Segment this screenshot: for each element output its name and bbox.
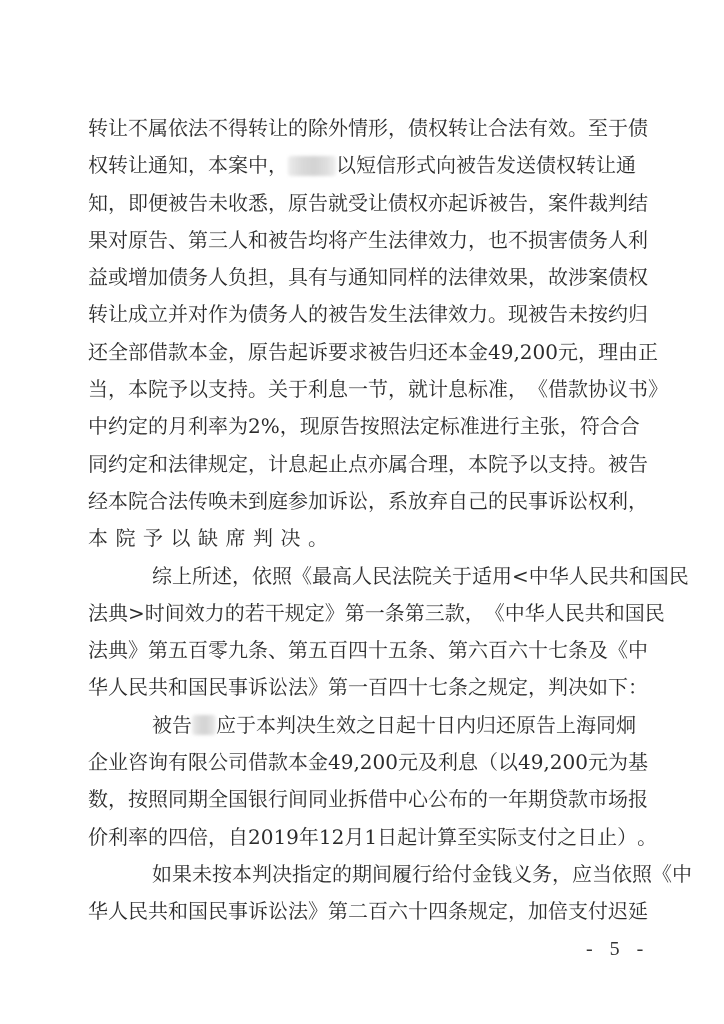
text-char: 不 bbox=[208, 110, 228, 147]
text-char: 事 bbox=[228, 669, 248, 706]
text-char: 共 bbox=[585, 595, 605, 632]
text-char: 本 bbox=[288, 744, 308, 781]
text-char: 得 bbox=[228, 110, 248, 147]
text-char: 标 bbox=[468, 371, 488, 408]
text-line: 经本院合法传唤未到庭参加诉讼，系放弃自己的民事诉讼权利， bbox=[88, 483, 636, 520]
text-char: 讼 bbox=[268, 669, 288, 706]
text-char: 力 bbox=[468, 296, 488, 333]
text-char: ： bbox=[628, 669, 648, 706]
text-char: 咨 bbox=[128, 744, 148, 781]
text-char: 中 bbox=[529, 558, 549, 595]
text-char: 当 bbox=[88, 371, 108, 408]
text-char: 金 bbox=[472, 856, 492, 893]
text-char: 三 bbox=[425, 595, 445, 632]
text-line: 转让成立并对作为债务人的被告发生法律效力。现被告未按约归 bbox=[88, 296, 636, 333]
text-char: 款 bbox=[445, 595, 465, 632]
text-char: 立 bbox=[148, 296, 168, 333]
text-char: 倍 bbox=[188, 819, 208, 856]
text-char: 息 bbox=[458, 744, 478, 781]
text-char: 钱 bbox=[492, 856, 512, 893]
text-char: 现 bbox=[508, 296, 528, 333]
text-char: ， bbox=[108, 781, 128, 818]
text-char: 外 bbox=[328, 110, 348, 147]
text-char: 的 bbox=[148, 408, 168, 445]
text-char: 告 bbox=[188, 185, 208, 222]
text-char: 点 bbox=[348, 446, 368, 483]
text-char: 上 bbox=[172, 558, 192, 595]
text-char: 不 bbox=[508, 222, 528, 259]
text-char: 张 bbox=[540, 408, 560, 445]
text-char: 效 bbox=[428, 222, 448, 259]
text-char: 由 bbox=[618, 334, 638, 371]
text-char: 数 bbox=[88, 781, 108, 818]
text-char: > bbox=[128, 595, 145, 632]
text-char: 高 bbox=[332, 558, 352, 595]
text-char: 便 bbox=[148, 185, 168, 222]
text-char: 华 bbox=[549, 558, 569, 595]
text-char: 果 bbox=[88, 222, 108, 259]
text-char: 准 bbox=[488, 371, 508, 408]
text-char: 让 bbox=[468, 110, 488, 147]
text-char: 四 bbox=[168, 819, 188, 856]
text-char: 经 bbox=[88, 483, 108, 520]
text-char: 定 bbox=[312, 856, 332, 893]
text-char: 告 bbox=[268, 334, 288, 371]
text-char: 拆 bbox=[348, 781, 368, 818]
text-char: 未 bbox=[192, 856, 212, 893]
text-char: 益 bbox=[88, 259, 108, 296]
text-char: 12 bbox=[319, 819, 344, 856]
text-char: 法 bbox=[88, 595, 108, 632]
text-char: ， bbox=[528, 259, 548, 296]
text-char: 49,200 bbox=[488, 334, 558, 371]
text-char: 情 bbox=[348, 110, 368, 147]
text-char: 利 bbox=[308, 371, 328, 408]
text-char: 定 bbox=[128, 408, 148, 445]
text-char: 被 bbox=[368, 334, 388, 371]
text-char: 条 bbox=[408, 632, 428, 669]
text-char: 第 bbox=[345, 595, 365, 632]
text-char: 节 bbox=[368, 371, 388, 408]
text-char: 权 bbox=[428, 110, 448, 147]
text-char: 人 bbox=[545, 595, 565, 632]
text-char: 人 bbox=[108, 669, 128, 706]
text-char: 律 bbox=[408, 222, 428, 259]
text-char: 最 bbox=[312, 558, 332, 595]
text-char: 及 bbox=[418, 744, 438, 781]
text-char: 第 bbox=[448, 632, 468, 669]
text-char: 五 bbox=[308, 632, 328, 669]
text-char: 作 bbox=[208, 296, 228, 333]
text-char: 际 bbox=[497, 819, 517, 856]
text-char: 履 bbox=[392, 856, 412, 893]
text-char: 用 bbox=[492, 558, 512, 595]
text-segment: 权转让通知，本案中， bbox=[88, 147, 288, 184]
text-char: 有 bbox=[528, 110, 548, 147]
text-char: 四 bbox=[428, 893, 448, 930]
text-char: 判 bbox=[252, 856, 272, 893]
text-char: 害 bbox=[548, 222, 568, 259]
text-char: 倍 bbox=[548, 893, 568, 930]
text-char: 共 bbox=[148, 669, 168, 706]
text-char: 企 bbox=[88, 744, 108, 781]
text-char: 本 bbox=[128, 371, 148, 408]
text-char: 务 bbox=[532, 856, 552, 893]
text-char: ， bbox=[108, 185, 128, 222]
text-char: 全 bbox=[208, 781, 228, 818]
text-char: 日 bbox=[577, 819, 597, 856]
page-number: - 5 - bbox=[586, 938, 649, 961]
text-char: 法 bbox=[388, 222, 408, 259]
text-char: 借 bbox=[248, 744, 268, 781]
text-char: 人 bbox=[608, 222, 628, 259]
text-char: 效 bbox=[448, 296, 468, 333]
text-char: 生 bbox=[388, 296, 408, 333]
text-char: 》 bbox=[308, 893, 328, 930]
text-char: 本 bbox=[108, 483, 128, 520]
text-char: 予 bbox=[508, 446, 528, 483]
text-char: 法 bbox=[188, 110, 208, 147]
text-char: 按 bbox=[128, 781, 148, 818]
text-char: 共 bbox=[609, 558, 629, 595]
text-char: 告 bbox=[628, 446, 648, 483]
text-char: 主 bbox=[520, 408, 540, 445]
text-char: 基 bbox=[628, 744, 648, 781]
text-char: 百 bbox=[188, 632, 208, 669]
text-char: 综 bbox=[152, 558, 172, 595]
text-char: 事 bbox=[528, 483, 548, 520]
text-char: 月 bbox=[344, 819, 364, 856]
text-char: ， bbox=[528, 669, 548, 706]
text-char: 、 bbox=[268, 632, 288, 669]
text-char: 同 bbox=[88, 446, 108, 483]
text-char: 约 bbox=[108, 408, 128, 445]
text-char: ， bbox=[628, 483, 648, 520]
text-char: 中 bbox=[672, 856, 692, 893]
text-char: 理 bbox=[428, 446, 448, 483]
text-char: 》 bbox=[308, 669, 328, 706]
text-char: 依 bbox=[168, 110, 188, 147]
text-char: 或 bbox=[108, 259, 128, 296]
text-char: 按 bbox=[588, 296, 608, 333]
text-char: 案 bbox=[548, 185, 568, 222]
text-char: 中 bbox=[88, 408, 108, 445]
text-char: 系 bbox=[388, 483, 408, 520]
text-char: 权 bbox=[408, 185, 428, 222]
text-char: 归 bbox=[408, 334, 428, 371]
text-char: 院 bbox=[412, 558, 432, 595]
text-char: ， bbox=[108, 371, 128, 408]
text-char: 条 bbox=[385, 595, 405, 632]
text-char: 中 bbox=[628, 632, 648, 669]
text-char: 支 bbox=[517, 819, 537, 856]
text-char: 效 bbox=[185, 595, 205, 632]
text-char: 权 bbox=[588, 483, 608, 520]
text-char: 知 bbox=[368, 259, 388, 296]
text-char: 民 bbox=[508, 483, 528, 520]
text-char: 被 bbox=[488, 185, 508, 222]
text-char: 第 bbox=[328, 893, 348, 930]
text-char: 加 bbox=[528, 893, 548, 930]
text-char: 和 bbox=[248, 222, 268, 259]
text-char: 还 bbox=[88, 334, 108, 371]
text-line: 知，即便被告未收悉，原告就受让债权亦起诉被告，案件裁判结 bbox=[88, 185, 636, 222]
text-char: 元 bbox=[588, 744, 608, 781]
text-char: ， bbox=[465, 595, 485, 632]
text-char: ， bbox=[578, 334, 598, 371]
text-char: 照 bbox=[380, 408, 400, 445]
text-char: 被 bbox=[168, 185, 188, 222]
text-char: 同 bbox=[308, 781, 328, 818]
text-char: ， bbox=[528, 185, 548, 222]
text-char: 。 bbox=[488, 296, 508, 333]
text-char: 十 bbox=[408, 893, 428, 930]
text-char: 百 bbox=[368, 893, 388, 930]
text-char: 第 bbox=[188, 222, 208, 259]
text-char: 定 bbox=[305, 595, 325, 632]
text-char: 贷 bbox=[548, 781, 568, 818]
text-char: 计 bbox=[417, 819, 437, 856]
text-char: 案 bbox=[588, 259, 608, 296]
text-char: 全 bbox=[108, 334, 128, 371]
text-char: 务 bbox=[588, 222, 608, 259]
text-char: 第 bbox=[288, 632, 308, 669]
text-segment: 被告 bbox=[152, 707, 192, 744]
text-char: 率 bbox=[208, 408, 228, 445]
text-char: ， bbox=[508, 893, 528, 930]
text-char: 院 bbox=[148, 371, 168, 408]
text-char: 效 bbox=[488, 259, 508, 296]
text-char: 的 bbox=[468, 781, 488, 818]
text-char: 行 bbox=[268, 781, 288, 818]
text-char: 至 bbox=[457, 819, 477, 856]
text-char: 五 bbox=[168, 632, 188, 669]
text-char: 讼 bbox=[348, 483, 368, 520]
text-char: 议 bbox=[608, 371, 628, 408]
text-char: 中 bbox=[388, 781, 408, 818]
text-char: 七 bbox=[548, 632, 568, 669]
text-char: 民 bbox=[128, 893, 148, 930]
text-char: 合 bbox=[488, 110, 508, 147]
text-char: （ bbox=[478, 744, 498, 781]
text-char: 典 bbox=[108, 595, 128, 632]
text-line: 华人民共和国民事诉讼法》第一百四十七条之规定，判决如下： bbox=[88, 669, 636, 706]
text-char: 金 bbox=[308, 744, 328, 781]
text-line: 法典》第五百零九条、第五百四十五条、第六百六十七条及《中 bbox=[88, 632, 636, 669]
text-char: 为 bbox=[228, 296, 248, 333]
text-char: 期 bbox=[352, 856, 372, 893]
text-char: 49,200 bbox=[328, 744, 398, 781]
text-char: 受 bbox=[348, 185, 368, 222]
text-char: 心 bbox=[408, 781, 428, 818]
text-char: 十 bbox=[528, 632, 548, 669]
text-char: 件 bbox=[568, 185, 588, 222]
text-char: 金 bbox=[468, 334, 488, 371]
text-char: 部 bbox=[128, 334, 148, 371]
text-char: 息 bbox=[288, 446, 308, 483]
text-char: 诉 bbox=[468, 185, 488, 222]
text-char: 自 bbox=[448, 483, 468, 520]
text-char: 求 bbox=[348, 334, 368, 371]
text-char: 和 bbox=[168, 669, 188, 706]
text-char: 对 bbox=[188, 296, 208, 333]
text-char: 被 bbox=[268, 222, 288, 259]
text-char: 定 bbox=[128, 446, 148, 483]
text-char: 2% bbox=[248, 408, 280, 445]
text-char: 及 bbox=[588, 632, 608, 669]
text-char: 四 bbox=[388, 669, 408, 706]
text-char: 于 bbox=[452, 558, 472, 595]
text-char: 效 bbox=[548, 110, 568, 147]
text-char: 准 bbox=[460, 408, 480, 445]
text-char: 法 bbox=[288, 893, 308, 930]
text-char: 传 bbox=[188, 483, 208, 520]
text-char: 对 bbox=[108, 222, 128, 259]
text-char: 第 bbox=[328, 669, 348, 706]
text-char: 果 bbox=[508, 259, 528, 296]
text-char: 被 bbox=[608, 446, 628, 483]
text-char: 价 bbox=[88, 819, 108, 856]
text-char: 百 bbox=[368, 669, 388, 706]
text-char: 本 bbox=[448, 334, 468, 371]
text-char: 应 bbox=[572, 856, 592, 893]
text-char: 和 bbox=[148, 446, 168, 483]
text-char: 率 bbox=[128, 819, 148, 856]
text-char: 债 bbox=[168, 259, 188, 296]
text-char: 。 bbox=[568, 110, 588, 147]
text-char: 2019 bbox=[248, 819, 299, 856]
text-char: 力 bbox=[205, 595, 225, 632]
text-char: 按 bbox=[360, 408, 380, 445]
text-char: 条 bbox=[568, 632, 588, 669]
text-char: 《 bbox=[652, 856, 672, 893]
text-char: 行 bbox=[412, 856, 432, 893]
text-char: 华 bbox=[88, 669, 108, 706]
text-char: 人 bbox=[108, 893, 128, 930]
text-char: 起 bbox=[448, 185, 468, 222]
text-char: 负 bbox=[228, 259, 248, 296]
text-char: 将 bbox=[328, 222, 348, 259]
text-char: 书 bbox=[628, 371, 648, 408]
text-char: 起 bbox=[397, 819, 417, 856]
text-char: 依 bbox=[612, 856, 632, 893]
text-char: 行 bbox=[500, 408, 520, 445]
text-char: 华 bbox=[88, 893, 108, 930]
text-char: 予 bbox=[168, 371, 188, 408]
text-char: 元 bbox=[398, 744, 418, 781]
text-char: 银 bbox=[248, 781, 268, 818]
text-char: 、 bbox=[168, 222, 188, 259]
text-char: 增 bbox=[128, 259, 148, 296]
text-char: 的 bbox=[148, 819, 168, 856]
text-char: 符 bbox=[580, 408, 600, 445]
text-char: 让 bbox=[108, 110, 128, 147]
text-char: 《 bbox=[608, 632, 628, 669]
text-char: 止 bbox=[597, 819, 617, 856]
text-char: 中 bbox=[505, 595, 525, 632]
text-char: 国 bbox=[228, 781, 248, 818]
text-char: 时 bbox=[145, 595, 165, 632]
text-char: 息 bbox=[448, 371, 468, 408]
text-char: 转 bbox=[248, 110, 268, 147]
text-char: 条 bbox=[448, 669, 468, 706]
text-char: 款 bbox=[568, 371, 588, 408]
text-segment: 应于本判决生效之日起十日内归还原告上海同炯 bbox=[216, 707, 636, 744]
text-char: 》 bbox=[325, 595, 345, 632]
text-char: 计 bbox=[428, 371, 448, 408]
text-char: 告 bbox=[548, 296, 568, 333]
text-char: 依 bbox=[252, 558, 272, 595]
text-char: 合 bbox=[600, 408, 620, 445]
text-char: 原 bbox=[248, 334, 268, 371]
text-line-with-redaction: 权转让通知，本案中， 以短信形式向被告发送债权转让通 bbox=[88, 147, 636, 184]
text-char: 零 bbox=[208, 632, 228, 669]
text-char: 法 bbox=[288, 669, 308, 706]
text-char: 形 bbox=[368, 110, 388, 147]
text-char: 加 bbox=[148, 259, 168, 296]
text-char: 结 bbox=[628, 185, 648, 222]
text-char: 法 bbox=[88, 632, 108, 669]
text-char: 让 bbox=[368, 185, 388, 222]
text-char: 债 bbox=[408, 110, 428, 147]
text-char: 月 bbox=[168, 408, 188, 445]
text-char: 规 bbox=[285, 595, 305, 632]
text-char: 参 bbox=[288, 483, 308, 520]
text-char: 有 bbox=[168, 744, 188, 781]
text-char: 收 bbox=[228, 185, 248, 222]
text-char: 理 bbox=[598, 334, 618, 371]
text-char: ， bbox=[468, 222, 488, 259]
text-char: ， bbox=[368, 483, 388, 520]
text-char: 七 bbox=[428, 669, 448, 706]
text-char: 和 bbox=[168, 893, 188, 930]
text-line: 益或增加债务人负担，具有与通知同样的法律效果，故涉案债权 bbox=[88, 259, 636, 296]
text-char: 六 bbox=[388, 893, 408, 930]
text-char: 民 bbox=[372, 558, 392, 595]
text-char: 未 bbox=[568, 296, 588, 333]
text-char: 国 bbox=[188, 669, 208, 706]
text-char: 债 bbox=[568, 222, 588, 259]
text-char: 的 bbox=[225, 595, 245, 632]
text-char: 发 bbox=[368, 296, 388, 333]
text-char: 法 bbox=[168, 483, 188, 520]
text-char: 的 bbox=[428, 259, 448, 296]
text-char: 十 bbox=[368, 632, 388, 669]
text-char: 持 bbox=[568, 446, 588, 483]
text-char: 损 bbox=[528, 222, 548, 259]
text-char: 三 bbox=[208, 222, 228, 259]
text-char: 询 bbox=[148, 744, 168, 781]
text-char: 成 bbox=[128, 296, 148, 333]
text-char: 业 bbox=[108, 744, 128, 781]
text-char: 决 bbox=[272, 856, 292, 893]
text-char: 款 bbox=[168, 334, 188, 371]
text-char: 通 bbox=[348, 259, 368, 296]
text-char: 告 bbox=[388, 334, 408, 371]
text-char: 加 bbox=[308, 483, 328, 520]
text-char: 样 bbox=[408, 259, 428, 296]
text-char: 利 bbox=[628, 222, 648, 259]
text-char: 原 bbox=[288, 185, 308, 222]
text-char: 六 bbox=[468, 632, 488, 669]
text-char: ， bbox=[560, 408, 580, 445]
text-char: 若 bbox=[245, 595, 265, 632]
text-char: 人 bbox=[569, 558, 589, 595]
text-char: 止 bbox=[328, 446, 348, 483]
text-char: 付 bbox=[537, 819, 557, 856]
text-char: ， bbox=[508, 371, 528, 408]
text-char: 告 bbox=[148, 222, 168, 259]
